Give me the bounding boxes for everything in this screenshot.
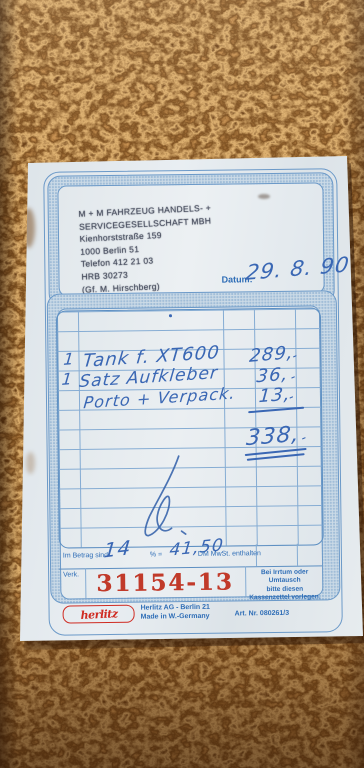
signature-scribble xyxy=(121,452,212,545)
verk-cell-line xyxy=(85,568,86,598)
maker-line2: Made in W.-Germany xyxy=(141,612,210,622)
paper-stain-left-lower xyxy=(26,452,35,474)
maker-info: Herlitz AG - Berlin 21 Made in W.-German… xyxy=(140,603,210,622)
paper-speck-top xyxy=(258,194,270,199)
article-number: Art. Nr. 080261/3 xyxy=(235,610,290,618)
row2-quantity: 1 xyxy=(61,369,74,389)
receipt-paper: M + M FAHRZEUG HANDELS- + SERVICEGESELLS… xyxy=(20,156,363,643)
herlitz-logo-text: herlitz xyxy=(80,607,118,622)
vat-text-prefix: Im Betrag sind xyxy=(63,552,108,560)
row1-quantity: 1 xyxy=(63,349,76,369)
pen-dot xyxy=(169,314,172,317)
note-cell-line xyxy=(245,566,246,596)
total-amount-dm: 338, xyxy=(245,422,300,451)
grid-line-anz xyxy=(78,311,82,547)
vat-percent-sign: % = xyxy=(150,551,162,558)
serial-number: 31154-13 xyxy=(96,568,234,597)
vat-percent-handwritten: 14 xyxy=(102,535,132,562)
seller-label: Verk. xyxy=(63,571,79,578)
receipt-print-area: M + M FAHRZEUG HANDELS- + SERVICEGESELLS… xyxy=(17,154,364,645)
vat-text-suffix: DM MwSt. enthalten xyxy=(198,550,261,558)
vat-cell-line-2 xyxy=(297,544,298,566)
exchange-note-line: Kassenzettel vorlegen. xyxy=(248,594,321,603)
herlitz-logo: herlitz xyxy=(63,605,135,624)
grid-line-artikel xyxy=(223,310,227,546)
exchange-note: Bei Irrtum oder Umtausch bitte diesen Ka… xyxy=(248,568,321,603)
exchange-note-line: Bei Irrtum oder Umtausch xyxy=(248,568,321,586)
row3-amount-dm: 13, xyxy=(258,384,291,408)
